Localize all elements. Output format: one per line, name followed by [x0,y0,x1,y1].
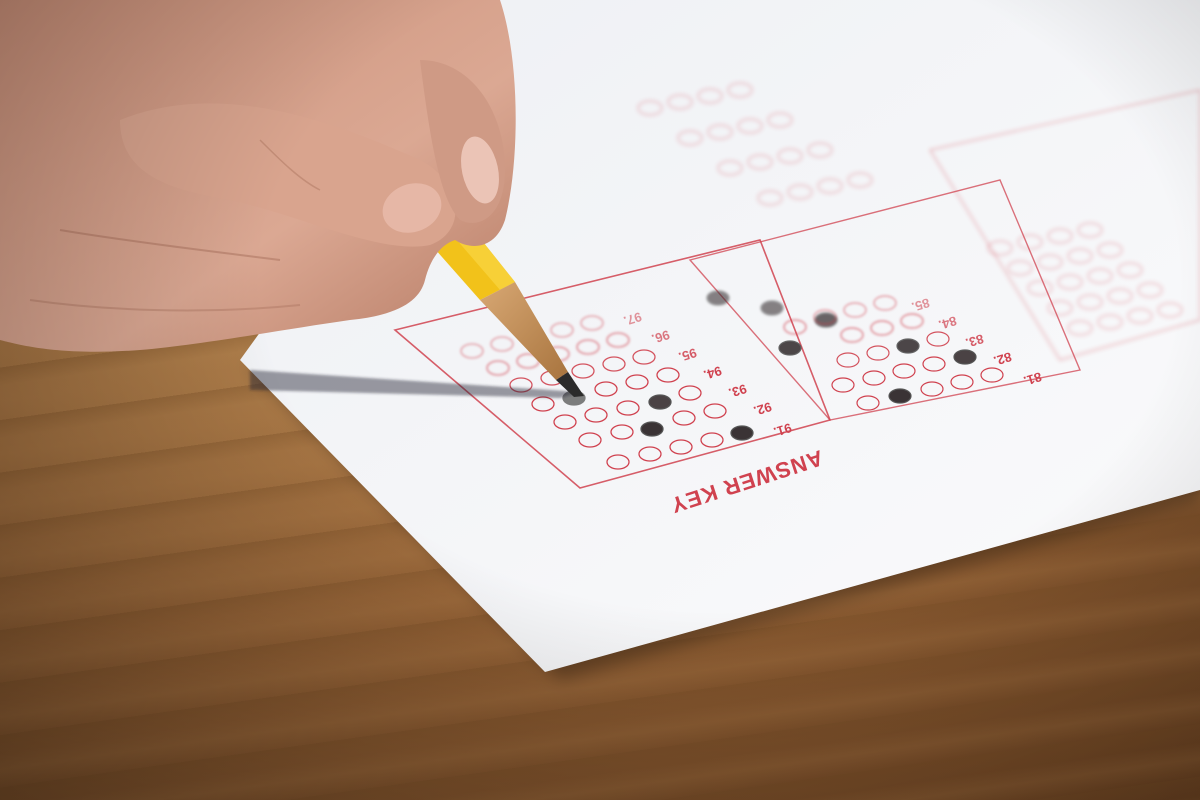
photo-scene: ANSWER KEY 91. 92. 93. 94. 95. 96. 97. 8… [0,0,1200,800]
